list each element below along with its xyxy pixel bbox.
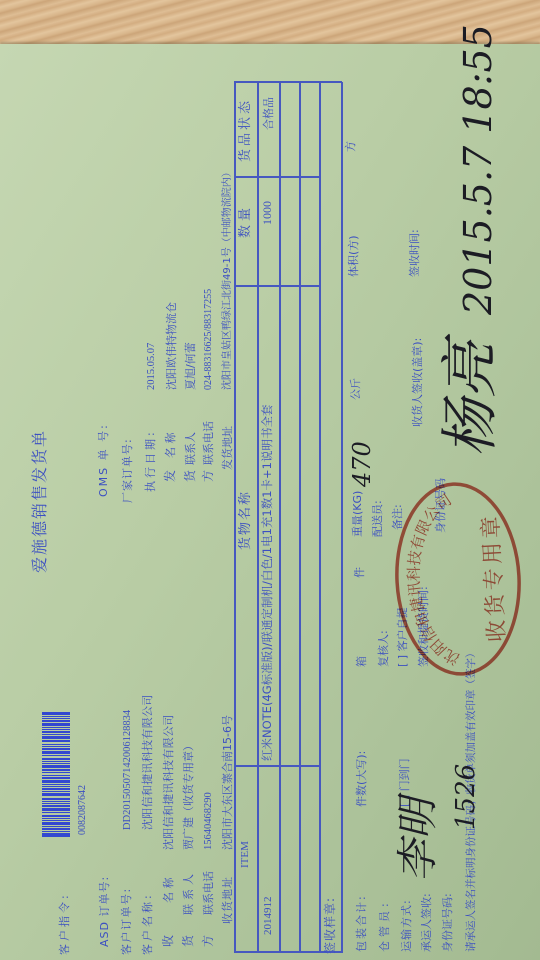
execution-date-value: 2015.05.07 [145,343,158,390]
table-header-status: 货品状态 [238,98,253,162]
transport-label: 运输方式: [400,899,413,952]
deliverer-label: 配送员: [371,500,384,537]
barcode-icon [42,712,70,837]
receiver-side-char: 方 [201,935,215,947]
shipper-side-char: 发 [163,470,177,482]
weight-label: 重量(KG) [351,491,364,537]
receiver-contact-value: 贾广建（收货专用章） [182,740,195,850]
row-goods-name: 红米NOTE(4G标准版)/联通定制机/白色/1电1充1数1卡+1说明书全套 [261,405,274,762]
shipper-address-label: 发货地址 [221,426,234,470]
delivery-note-photo: 爱施德销售发货单 客户指令: 0082087642 ASD 订单号: OMS 单… [0,0,540,960]
receiver-side-char: 货 [181,935,195,947]
receiver-name-value: 沈阳信和捷讯科技有限公司 [162,714,175,850]
customer-name-value: 沈阳信和捷讯科技有限公司 [141,694,154,830]
table-border-top [234,83,236,953]
carrier-id-handwritten: 1526 [452,764,480,830]
table-column-line [234,766,320,768]
execution-date-label: 执行日期: [144,429,157,492]
table-row-line [257,83,259,953]
table-row-line [319,83,321,953]
piece-unit: 件 [353,567,366,578]
receiver-sign-label: 收货人签收(盖章): [411,338,424,427]
shipper-side-char: 方 [201,470,215,482]
checker-label: 复核人: [377,630,390,667]
carrier-sign-label: 承运人签收: [420,893,433,952]
asd-order-value: 0082087642 [77,785,89,835]
table-header-item: ITEM [239,841,252,868]
receiver-signature: 杨亮 [439,341,501,457]
receiver-phone-label: 联系电话 [202,871,215,915]
receipt-stamp: 沈阳信和捷讯科技有限公司 收货专用章 [388,476,528,683]
shipper-phone-value: 024-88316625/88317255 [202,289,215,390]
handwritten-weight: 470 [349,441,375,487]
asd-order-label: ASD 订单号: [98,876,111,947]
shipper-contact-value: 夏旭/何蕾 [184,342,197,390]
sign-sample-label: 签收样章: [323,897,337,954]
customer-order-label: 客户订单号: [120,887,133,955]
receiver-name-label: 名 称 [162,878,175,904]
customer-order-value: DD20150507142006128834 [121,710,134,830]
receiver-address-label: 收货地址 [221,876,234,924]
row-quantity: 1000 [261,201,274,225]
shipper-name-label: 名 称 [164,433,177,459]
shipper-contact-label: 联系人 [184,432,197,465]
receiver-sign-datetime: 2015.5.7 18:55 [457,24,499,315]
shipper-phone-label: 联系电话 [202,421,215,465]
warehouse-keeper-label: 仓管员: [378,899,391,952]
receiver-side-char: 收 [161,935,175,947]
weight-unit: 公斤 [349,378,362,400]
sign-time-label: 签收时间: [408,229,421,277]
document-title: 爱施德销售发货单 [31,429,49,573]
customer-name-label: 客户名称: [141,892,154,955]
table-header-quantity: 数量 [238,204,253,238]
pieces-label: 件数(大写): [355,751,368,807]
shipper-name-value: 沈阳欧伟特物流仓 [165,302,178,390]
oms-no-label: OMS 单 号: [97,423,110,497]
option-label: 门到门 [398,758,411,791]
carrier-signature: 李明 [395,798,441,882]
volume-unit: 方 [344,141,357,152]
customer-instruction-label: 客户指令: [58,892,71,955]
package-total-label: 包装合计: [355,894,368,952]
table-border-bottom [341,82,343,953]
table-column-line [234,177,320,179]
shipper-address-value: 沈阳市皇姑区鸭绿江北街49-1号（中邮物流院内） [221,167,234,390]
volume-label: 体积(方) [347,235,360,277]
shipper-side-char: 货 [183,470,197,482]
row-item-code: 2014912 [262,897,275,936]
table-row-line [299,83,301,953]
table-header-goods-name: 货物名称 [238,490,253,550]
table-column-line [234,286,320,288]
table-border-right [234,82,342,84]
stamp-label: 收货专用章 [479,512,511,643]
factory-order-label: 厂家订单号: [121,438,134,503]
receiver-address-value: 沈阳市大东区寨合南15-6号 [221,715,234,850]
box-unit: 箱 [355,656,368,667]
receiver-phone-value: 15640468290 [202,792,215,850]
table-row-line [279,83,281,953]
id-number-label: 身份证号码: [441,893,454,952]
receiver-contact-label: 联系人 [182,870,195,915]
row-status: 合格品 [262,97,275,130]
